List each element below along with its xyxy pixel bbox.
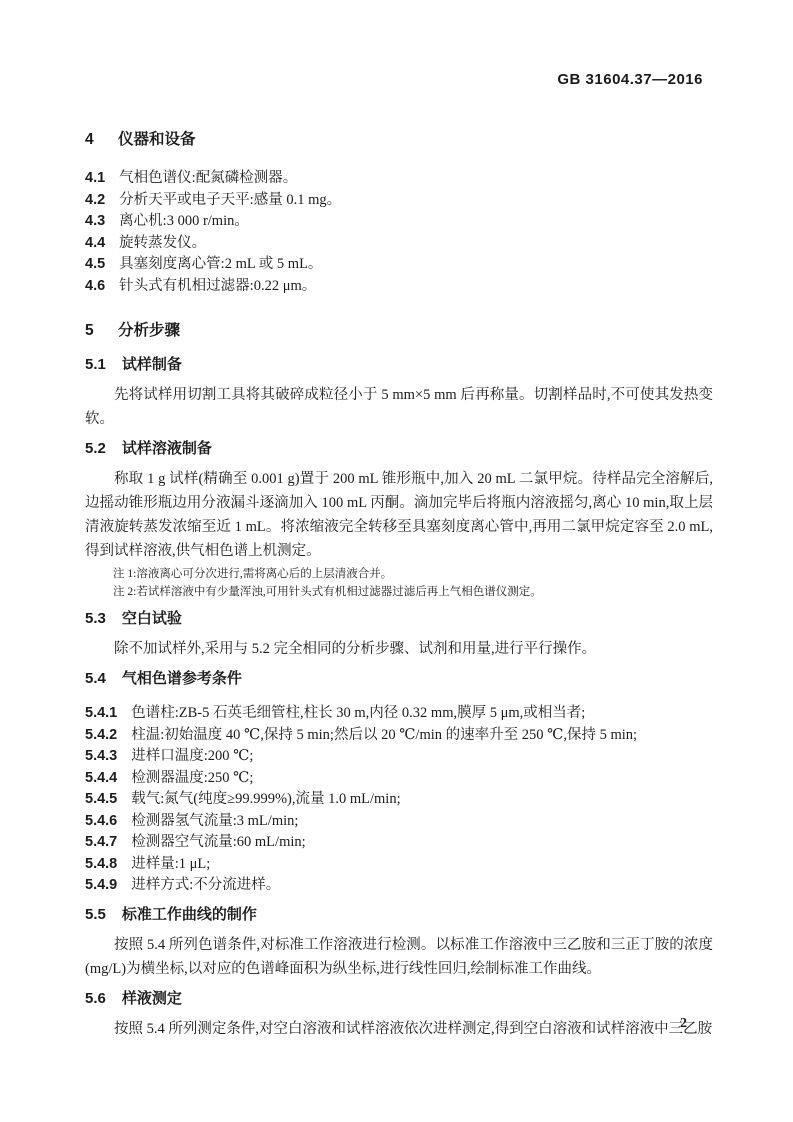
clause-number: 5.4.1: [85, 703, 117, 725]
subsection-5-5-heading: 5.5标准工作曲线的制作: [85, 905, 713, 925]
clause-item: 4.6针头式有机相过滤器:0.22 μm。: [85, 276, 713, 298]
clause-number: 5.4.8: [85, 854, 117, 876]
section-4-heading: 4仪器和设备: [85, 130, 713, 150]
subsection-5-5-paragraph: 按照 5.4 所列色谱条件,对标准工作溶液进行检测。以标准工作溶液中三乙胺和三正…: [85, 933, 713, 981]
clause-text: 色谱柱:ZB-5 石英毛细管柱,柱长 30 m,内径 0.32 mm,膜厚 5 …: [131, 705, 585, 721]
subsection-5-6-paragraph: 按照 5.4 所列测定条件,对空白溶液和试样溶液依次进样测定,得到空白溶液和试样…: [85, 1017, 713, 1041]
subsection-5-6-title: 样液测定: [122, 990, 182, 1007]
clause-item: 4.3离心机:3 000 r/min。: [85, 211, 713, 233]
subsection-5-3-number: 5.3: [85, 609, 106, 629]
clause-item: 4.1气相色谱仪:配氮磷检测器。: [85, 168, 713, 190]
subsection-5-5-title: 标准工作曲线的制作: [122, 906, 257, 923]
clause-number: 4.3: [85, 211, 105, 233]
section-4-number: 4: [85, 130, 118, 150]
clause-item: 4.4旋转蒸发仪。: [85, 233, 713, 255]
subsection-5-4-title: 气相色谱参考条件: [122, 670, 242, 687]
clause-number: 5.4.7: [85, 832, 117, 854]
document-content: GB 31604.37—2016 4仪器和设备 4.1气相色谱仪:配氮磷检测器。…: [85, 72, 713, 1041]
subsection-5-1-heading: 5.1试样制备: [85, 355, 713, 375]
clause-text: 旋转蒸发仪。: [119, 235, 206, 251]
subsection-5-2-title: 试样溶液制备: [122, 440, 212, 457]
clause-number: 5.4.2: [85, 725, 117, 747]
page-number: 2: [680, 1016, 687, 1032]
clause-text: 气相色谱仪:配氮磷检测器。: [119, 170, 297, 186]
clause-item: 5.4.3进样口温度:200 ℃;: [85, 746, 713, 768]
clause-item: 5.4.6检测器氢气流量:3 mL/min;: [85, 811, 713, 833]
notes-block: 注 1:溶液离心可分次进行,需将离心后的上层清液合并。 注 2:若试样溶液中有少…: [113, 565, 713, 601]
subsection-5-5-number: 5.5: [85, 905, 106, 925]
subsection-5-1-paragraph: 先将试样用切割工具将其破碎成粒径小于 5 mm×5 mm 后再称量。切割样品时,…: [85, 383, 713, 431]
section-5-number: 5: [85, 321, 118, 341]
clause-text: 针头式有机相过滤器:0.22 μm。: [119, 278, 316, 294]
subsection-5-6-number: 5.6: [85, 989, 106, 1009]
section-4-clause-list: 4.1气相色谱仪:配氮磷检测器。 4.2分析天平或电子天平:感量 0.1 mg。…: [85, 168, 713, 297]
clause-item: 5.4.8进样量:1 μL;: [85, 854, 713, 876]
clause-item: 5.4.1色谱柱:ZB-5 石英毛细管柱,柱长 30 m,内径 0.32 mm,…: [85, 703, 713, 725]
clause-text: 柱温:初始温度 40 ℃,保持 5 min;然后以 20 ℃/min 的速率升至…: [131, 727, 637, 743]
clause-item: 5.4.9进样方式:不分流进样。: [85, 875, 713, 897]
clause-number: 5.4.9: [85, 875, 117, 897]
clause-number: 5.4.5: [85, 789, 117, 811]
clause-number: 5.4.6: [85, 811, 117, 833]
clause-item: 4.2分析天平或电子天平:感量 0.1 mg。: [85, 190, 713, 212]
clause-text: 进样口温度:200 ℃;: [131, 748, 253, 764]
clause-item: 5.4.7检测器空气流量:60 mL/min;: [85, 832, 713, 854]
subsection-5-4-number: 5.4: [85, 669, 106, 689]
clause-text: 检测器空气流量:60 mL/min;: [131, 834, 305, 850]
clause-number: 4.1: [85, 168, 105, 190]
subsection-5-3-paragraph: 除不加试样外,采用与 5.2 完全相同的分析步骤、试剂和用量,进行平行操作。: [85, 637, 713, 661]
subsection-5-3-title: 空白试验: [122, 610, 182, 627]
subsection-5-2-paragraph: 称取 1 g 试样(精确至 0.001 g)置于 200 mL 锥形瓶中,加入 …: [85, 467, 713, 563]
subsection-5-6-heading: 5.6样液测定: [85, 989, 713, 1009]
clause-number: 4.6: [85, 276, 105, 298]
clause-number: 4.2: [85, 190, 105, 212]
clause-text: 具塞刻度离心管:2 mL 或 5 mL。: [119, 256, 322, 272]
clause-number: 5.4.3: [85, 746, 117, 768]
subsection-5-3-heading: 5.3空白试验: [85, 609, 713, 629]
clause-text: 离心机:3 000 r/min。: [119, 213, 249, 229]
note-1: 注 1:溶液离心可分次进行,需将离心后的上层清液合并。: [113, 565, 713, 583]
clause-text: 进样方式:不分流进样。: [131, 877, 280, 893]
clause-text: 载气:氮气(纯度≥99.999%),流量 1.0 mL/min;: [131, 791, 400, 807]
clause-number: 4.5: [85, 254, 105, 276]
standard-code-header: GB 31604.37—2016: [85, 72, 703, 88]
subsection-5-1-number: 5.1: [85, 355, 106, 375]
clause-item: 5.4.5载气:氮气(纯度≥99.999%),流量 1.0 mL/min;: [85, 789, 713, 811]
note-2: 注 2:若试样溶液中有少量浑浊,可用针头式有机相过滤器过滤后再上气相色谱仪测定。: [113, 583, 713, 601]
clause-number: 5.4.4: [85, 768, 117, 790]
clause-item: 5.4.4检测器温度:250 ℃;: [85, 768, 713, 790]
clause-item: 5.4.2柱温:初始温度 40 ℃,保持 5 min;然后以 20 ℃/min …: [85, 725, 713, 747]
clause-text: 进样量:1 μL;: [131, 856, 210, 872]
section-5-4-clause-list: 5.4.1色谱柱:ZB-5 石英毛细管柱,柱长 30 m,内径 0.32 mm,…: [85, 703, 713, 897]
subsection-5-2-number: 5.2: [85, 439, 106, 459]
section-5-title: 分析步骤: [118, 322, 180, 339]
clause-text: 检测器氢气流量:3 mL/min;: [131, 813, 298, 829]
section-5-heading: 5分析步骤: [85, 321, 713, 341]
clause-text: 检测器温度:250 ℃;: [131, 770, 253, 786]
subsection-5-1-title: 试样制备: [122, 356, 182, 373]
subsection-5-4-heading: 5.4气相色谱参考条件: [85, 669, 713, 689]
clause-text: 分析天平或电子天平:感量 0.1 mg。: [119, 192, 341, 208]
section-4-title: 仪器和设备: [118, 131, 196, 148]
clause-number: 4.4: [85, 233, 105, 255]
subsection-5-2-heading: 5.2试样溶液制备: [85, 439, 713, 459]
document-page: GB 31604.37—2016 4仪器和设备 4.1气相色谱仪:配氮磷检测器。…: [0, 0, 793, 1122]
clause-item: 4.5具塞刻度离心管:2 mL 或 5 mL。: [85, 254, 713, 276]
